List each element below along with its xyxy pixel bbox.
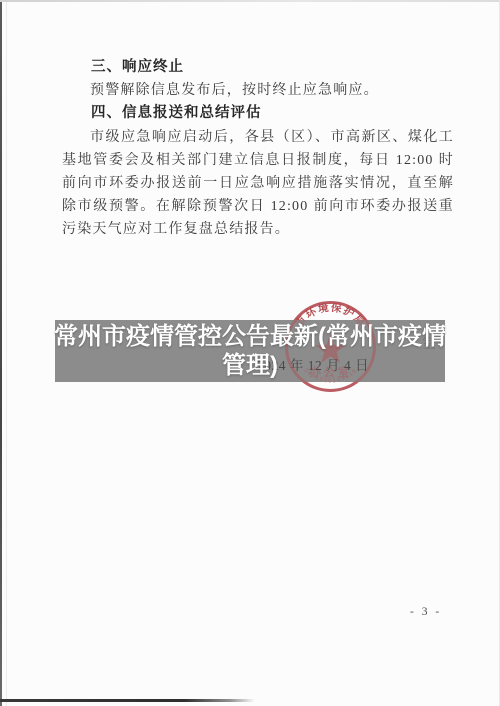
scan-edge-left-faint bbox=[6, 0, 7, 706]
section-heading-4: 四、信息报送和总结评估 bbox=[91, 102, 454, 125]
overlay-title: 常州市疫情管控公告最新(常州市疫情 管理) bbox=[55, 320, 445, 382]
scan-edge-top bbox=[0, 0, 500, 2]
section-heading-3: 三、响应终止 bbox=[91, 56, 454, 79]
section-3-paragraph: 预警解除信息发布后，按时终止应急响应。 bbox=[62, 79, 454, 102]
overlay-title-line1: 常州市疫情管控公告最新(常州市疫情 bbox=[54, 322, 446, 351]
document-body: 三、响应终止 预警解除信息发布后，按时终止应急响应。 四、信息报送和总结评估 市… bbox=[62, 56, 454, 242]
scan-edge-bottom bbox=[0, 699, 255, 702]
page-number: - 3 - bbox=[410, 606, 440, 618]
overlay-title-line2: 管理) bbox=[222, 351, 278, 380]
scanned-page: 三、响应终止 预警解除信息发布后，按时终止应急响应。 四、信息报送和总结评估 市… bbox=[0, 0, 500, 706]
scan-edge-left bbox=[0, 0, 2, 706]
section-4-paragraph: 市级应急响应启动后，各县（区）、市高新区、煤化工基地管委会及相关部门建立信息日报… bbox=[62, 126, 454, 242]
